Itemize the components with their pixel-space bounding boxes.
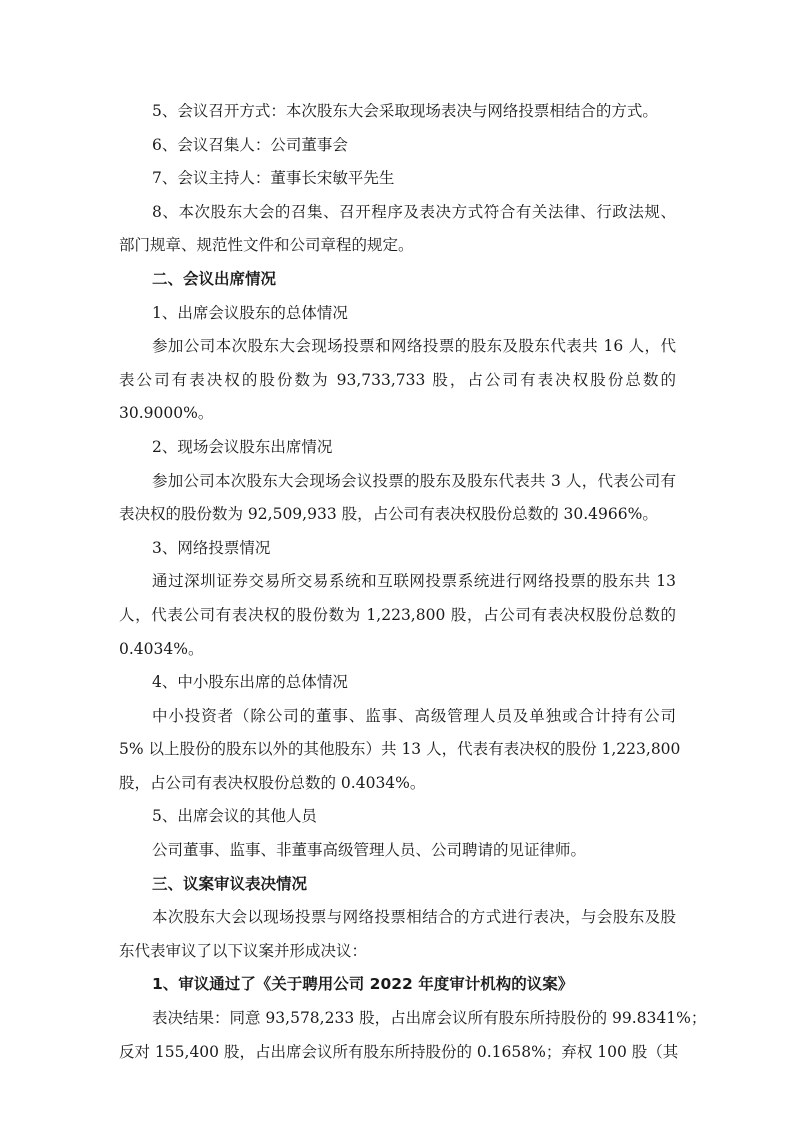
- paragraph-line: 股，占公司有表决权股份总数的 0.4034%。: [119, 767, 676, 801]
- section-heading-attendance: 二、会议出席情况: [119, 263, 676, 297]
- paragraph-online-voting: 通过深圳证券交易所交易系统和互联网投票系统进行网络投票的股东共 13 人，代表公…: [119, 565, 676, 666]
- paragraph-overall-attendance: 参加公司本次股东大会现场投票和网络投票的股东及股东代表共 16 人，代 表公司有…: [119, 330, 676, 431]
- paragraph-line: 表决权的股份数为 92,509,933 股，占公司有表决权股份总数的 30.49…: [119, 498, 676, 532]
- paragraph-line: 部门规章、规范性文件和公司章程的规定。: [119, 229, 676, 263]
- paragraph-line: 表公司有表决权的股份数为 93,733,733 股，占公司有表决权股份总数的: [119, 364, 676, 398]
- paragraph-other-attendees: 公司董事、监事、非董事高级管理人员、公司聘请的见证律师。: [119, 834, 676, 868]
- subheading-overall-attendance: 1、出席会议股东的总体情况: [119, 297, 676, 331]
- paragraph-line: 通过深圳证券交易所交易系统和互联网投票系统进行网络投票的股东共 13: [119, 565, 676, 599]
- subheading-online-voting: 3、网络投票情况: [119, 532, 676, 566]
- section-heading-voting: 三、议案审议表决情况: [119, 868, 676, 902]
- paragraph-line: 参加公司本次股东大会现场会议投票的股东及股东代表共 3 人，代表公司有: [119, 465, 676, 499]
- item-meeting-method: 5、会议召开方式：本次股东大会采取现场表决与网络投票相结合的方式。: [119, 95, 676, 129]
- paragraph-line: 30.9000%。: [119, 397, 676, 431]
- proposal-1-title: 1、审议通过了《关于聘用公司 2022 年度审计机构的议案》: [119, 968, 676, 1002]
- paragraph-line: 反对 155,400 股，占出席会议所有股东所持股份的 0.1658%；弃权 1…: [119, 1036, 676, 1070]
- subheading-other-attendees: 5、出席会议的其他人员: [119, 800, 676, 834]
- paragraph-line: 东代表审议了以下议案并形成决议：: [119, 935, 676, 969]
- paragraph-line: 中小投资者（除公司的董事、监事、高级管理人员及单独或合计持有公司: [119, 700, 676, 734]
- item-chairperson: 7、会议主持人：董事长宋敏平先生: [119, 162, 676, 196]
- document-page: 5、会议召开方式：本次股东大会采取现场表决与网络投票相结合的方式。 6、会议召集…: [119, 95, 676, 1069]
- paragraph-minority-shareholders: 中小投资者（除公司的董事、监事、高级管理人员及单独或合计持有公司 5% 以上股份…: [119, 700, 676, 801]
- paragraph-line: 参加公司本次股东大会现场投票和网络投票的股东及股东代表共 16 人，代: [119, 330, 676, 364]
- subheading-minority-shareholders: 4、中小股东出席的总体情况: [119, 666, 676, 700]
- paragraph-line: 8、本次股东大会的召集、召开程序及表决方式符合有关法律、行政法规、: [119, 196, 676, 230]
- subheading-onsite-attendance: 2、现场会议股东出席情况: [119, 431, 676, 465]
- item-convener: 6、会议召集人：公司董事会: [119, 129, 676, 163]
- paragraph-line: 表决结果：同意 93,578,233 股，占出席会议所有股东所持股份的 99.8…: [119, 1002, 676, 1036]
- paragraph-line: 本次股东大会以现场投票与网络投票相结合的方式进行表决，与会股东及股: [119, 901, 676, 935]
- paragraph-line: 5% 以上股份的股东以外的其他股东）共 13 人，代表有表决权的股份 1,223…: [119, 733, 676, 767]
- paragraph-line: 人，代表公司有表决权的股份数为 1,223,800 股，占公司有表决权股份总数的: [119, 599, 676, 633]
- proposal-1-result: 表决结果：同意 93,578,233 股，占出席会议所有股东所持股份的 99.8…: [119, 1002, 676, 1069]
- paragraph-line: 0.4034%。: [119, 633, 676, 667]
- paragraph-onsite-attendance: 参加公司本次股东大会现场会议投票的股东及股东代表共 3 人，代表公司有 表决权的…: [119, 465, 676, 532]
- paragraph-voting-intro: 本次股东大会以现场投票与网络投票相结合的方式进行表决，与会股东及股 东代表审议了…: [119, 901, 676, 968]
- item-compliance: 8、本次股东大会的召集、召开程序及表决方式符合有关法律、行政法规、 部门规章、规…: [119, 196, 676, 263]
